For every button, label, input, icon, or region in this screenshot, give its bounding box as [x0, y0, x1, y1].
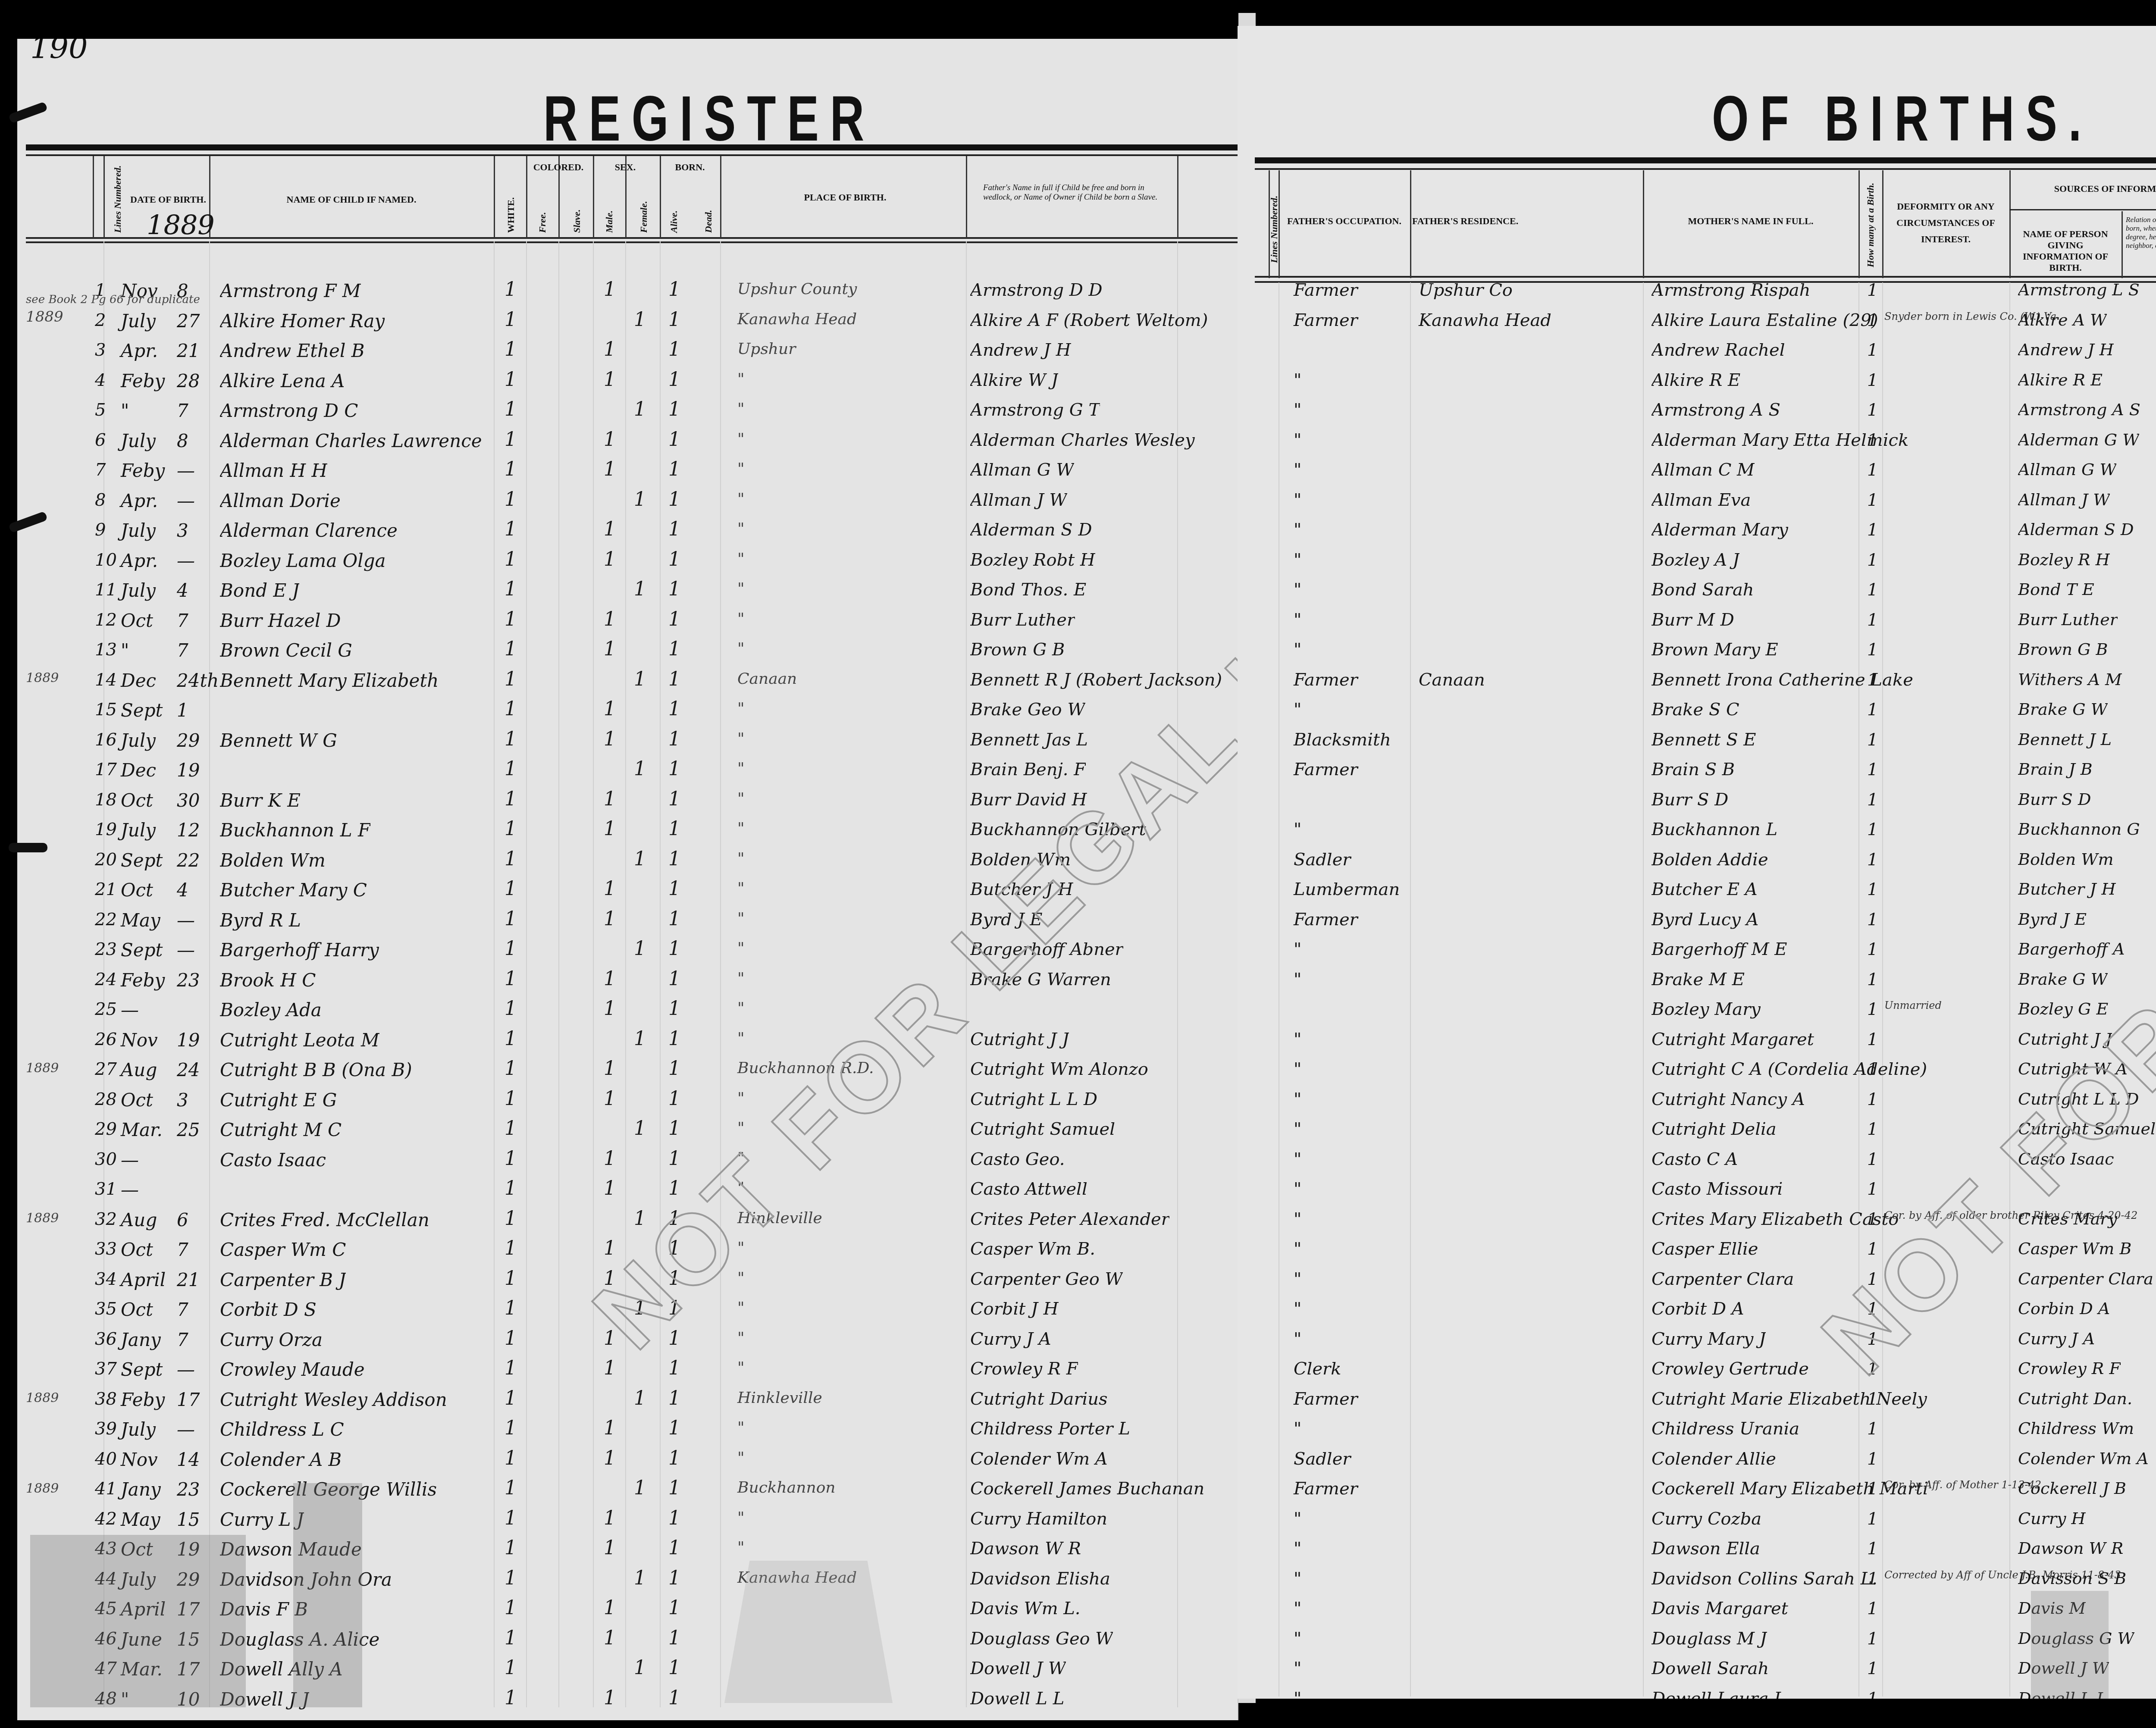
- births-count: 1: [1867, 280, 1878, 300]
- child-name: Curry L J: [220, 1509, 304, 1530]
- births-count: 1: [1867, 1689, 1878, 1699]
- line-number: 29: [95, 1119, 117, 1139]
- mother-name: Armstrong A S: [1651, 400, 1780, 420]
- mother-name: Dowell Laura L: [1651, 1689, 1786, 1699]
- births-count: 1: [1867, 970, 1878, 989]
- child-name: Brown Cecil G: [220, 640, 352, 661]
- sex-mark: 1: [604, 1537, 616, 1559]
- birth-month: Apr.: [121, 550, 158, 571]
- mother-name: Bargerhoff M E: [1651, 939, 1787, 959]
- births-count: 1: [1867, 1479, 1878, 1499]
- birth-month: ": [121, 400, 129, 421]
- informant-name: Andrew J H: [2018, 340, 2114, 359]
- line-number: 8: [95, 490, 106, 510]
- father-name: Davidson Elisha: [970, 1569, 1110, 1589]
- informant-name: Withers A M: [2018, 670, 2122, 689]
- child-name: Brook H C: [220, 970, 316, 991]
- mother-name: Armstrong Rispah: [1651, 280, 1810, 300]
- birth-month: Jany: [121, 1479, 161, 1500]
- births-count: 1: [1867, 550, 1878, 570]
- father-occupation: ": [1294, 1179, 1301, 1199]
- birth-month: Sept: [121, 939, 163, 961]
- father-occupation: ": [1294, 1419, 1301, 1439]
- white-mark: 1: [505, 1327, 517, 1349]
- father-name: Alderman S D: [970, 520, 1092, 540]
- informant-name: Allman J W: [2018, 490, 2110, 509]
- father-residence: Canaan: [1419, 670, 1485, 690]
- mother-name: Butcher E A: [1651, 880, 1758, 899]
- birth-day: 15: [177, 1509, 200, 1530]
- birth-month: May: [121, 1509, 160, 1530]
- white-mark: 1: [505, 1237, 517, 1259]
- births-count: 1: [1867, 730, 1878, 750]
- white-mark: 1: [505, 1058, 517, 1080]
- informant-name: Butcher J H: [2018, 880, 2116, 898]
- birth-day: 29: [177, 730, 200, 751]
- father-name: Andrew J H: [970, 340, 1071, 360]
- line-number: 11: [95, 580, 117, 600]
- informant-name: Allman G W: [2018, 460, 2116, 479]
- margin-year: 1889: [26, 1390, 59, 1406]
- page-tab-marker: [9, 843, 47, 852]
- births-count: 1: [1867, 1419, 1878, 1439]
- white-mark: 1: [505, 548, 517, 570]
- informant-name: Curry H: [2018, 1509, 2086, 1528]
- alive-mark: 1: [668, 398, 680, 420]
- white-mark: 1: [505, 878, 517, 900]
- mother-name: Crites Mary Elizabeth Casto: [1651, 1209, 1899, 1229]
- birth-day: 21: [177, 340, 200, 361]
- birth-day: —: [177, 939, 195, 961]
- father-name: Curry Hamilton: [970, 1509, 1107, 1529]
- child-name: Colender A B: [220, 1449, 342, 1470]
- father-residence: Upshur Co: [1419, 280, 1513, 300]
- sex-mark: 1: [604, 818, 616, 840]
- mother-name: Brake M E: [1651, 970, 1745, 989]
- birth-day: 23: [177, 970, 200, 991]
- line-number: 24: [95, 970, 117, 989]
- place-of-birth: ": [737, 400, 745, 418]
- father-occupation: ": [1294, 490, 1301, 510]
- informant-name: Burr S D: [2018, 790, 2091, 809]
- births-count: 1: [1867, 1149, 1878, 1169]
- year-heading: 1889: [147, 209, 215, 241]
- white-mark: 1: [505, 1657, 517, 1679]
- child-name: Burr Hazel D: [220, 610, 341, 631]
- line-number: 22: [95, 910, 117, 930]
- birth-day: 22: [177, 850, 200, 871]
- births-count: 1: [1867, 700, 1878, 720]
- father-name: Alderman Charles Wesley: [970, 430, 1195, 450]
- alive-mark: 1: [668, 1627, 680, 1649]
- birth-month: Oct: [121, 880, 153, 901]
- place-of-birth: Upshur: [737, 340, 796, 358]
- mother-name: Bennett S E: [1651, 730, 1756, 750]
- mother-name: Curry Mary J: [1651, 1329, 1766, 1349]
- white-mark: 1: [505, 1687, 517, 1709]
- alive-mark: 1: [668, 1417, 680, 1439]
- father-occupation: ": [1294, 1269, 1301, 1289]
- birth-month: Feby: [121, 970, 165, 991]
- mother-name: Bozley A J: [1651, 550, 1739, 570]
- birth-month: Feby: [121, 1389, 165, 1410]
- father-name: Brain Benj. F: [970, 760, 1086, 779]
- informant-name: Childress Wm: [2018, 1419, 2134, 1438]
- alive-mark: 1: [668, 518, 680, 540]
- birth-day: 3: [177, 520, 188, 541]
- father-name: Dowell L L: [970, 1689, 1064, 1709]
- place-of-birth: ": [737, 640, 745, 657]
- left-page-number: 190: [30, 39, 88, 66]
- mother-name: Allman C M: [1651, 460, 1755, 480]
- white-mark: 1: [505, 1118, 517, 1139]
- informant-name: Bargerhoff A: [2018, 939, 2125, 958]
- birth-month: Sept: [121, 700, 163, 721]
- child-name: Bond E J: [220, 580, 299, 601]
- place-of-birth: ": [737, 970, 745, 987]
- mother-name: Crowley Gertrude: [1651, 1359, 1809, 1379]
- mother-name: Davis Margaret: [1651, 1599, 1788, 1618]
- father-name: Casto Attwell: [970, 1179, 1087, 1199]
- birth-day: 7: [177, 640, 188, 661]
- birth-month: Sept: [121, 850, 163, 871]
- child-name: Allman H H: [220, 460, 327, 481]
- sex-mark: 1: [604, 279, 616, 301]
- line-number: 23: [95, 939, 117, 959]
- child-name: Cutright B B (Ona B): [220, 1059, 412, 1080]
- father-occupation: Farmer: [1294, 1389, 1358, 1409]
- white-mark: 1: [505, 1177, 517, 1199]
- birth-day: 7: [177, 610, 188, 631]
- white-mark: 1: [505, 1597, 517, 1619]
- place-of-birth: ": [737, 1539, 745, 1556]
- father-occupation: ": [1294, 520, 1301, 540]
- alive-mark: 1: [668, 1507, 680, 1529]
- header-fathers-occupation: FATHER'S OCCUPATION.: [1281, 216, 1408, 227]
- birth-month: July: [121, 580, 156, 601]
- birth-day: 24th: [177, 670, 219, 691]
- header-white: WHITE.: [505, 190, 517, 233]
- alive-mark: 1: [668, 1148, 680, 1170]
- white-mark: 1: [505, 1477, 517, 1499]
- births-count: 1: [1867, 340, 1878, 360]
- father-name: Curry J A: [970, 1329, 1051, 1349]
- place-of-birth: ": [737, 790, 745, 808]
- sex-mark: 1: [634, 488, 646, 510]
- birth-month: Jany: [121, 1329, 161, 1350]
- father-name: Childress Porter L: [970, 1419, 1130, 1439]
- father-name: Brown G B: [970, 640, 1065, 660]
- margin-note-duplicate: see Book 2 Pg 66 for duplicate: [26, 293, 200, 306]
- child-name: Casper Wm C: [220, 1239, 346, 1260]
- header-female: Female.: [638, 203, 649, 233]
- informant-name: Byrd J E: [2018, 910, 2087, 929]
- white-mark: 1: [505, 1028, 517, 1050]
- child-name: Armstrong F M: [220, 280, 361, 301]
- father-name: Douglass Geo W: [970, 1629, 1113, 1649]
- place-of-birth: ": [737, 460, 745, 478]
- births-count: 1: [1867, 400, 1878, 420]
- header-slave: Slave.: [571, 207, 583, 233]
- father-name: Alkire W J: [970, 370, 1058, 390]
- father-occupation: ": [1294, 1689, 1301, 1699]
- alive-mark: 1: [668, 1567, 680, 1589]
- informant-name: Bozley R H: [2018, 550, 2110, 569]
- sex-mark: 1: [604, 608, 616, 630]
- birth-month: —: [121, 999, 139, 1021]
- sex-mark: 1: [604, 429, 616, 451]
- white-mark: 1: [505, 1357, 517, 1379]
- line-number: 32: [95, 1209, 117, 1229]
- header-fathers-residence: FATHER'S RESIDENCE.: [1412, 216, 1520, 227]
- birth-day: 28: [177, 370, 200, 391]
- header-sources: SOURCES OF INFORMATION.: [2014, 183, 2156, 194]
- place-of-birth: ": [737, 1359, 745, 1377]
- line-number: 10: [95, 550, 117, 570]
- place-of-birth: ": [737, 760, 745, 777]
- births-count: 1: [1867, 1569, 1878, 1589]
- child-name: Bozley Ada: [220, 999, 322, 1021]
- births-count: 1: [1867, 1089, 1878, 1109]
- birth-month: July: [121, 520, 156, 541]
- place-of-birth: ": [737, 520, 745, 538]
- informant-name: Alderman S D: [2018, 520, 2134, 539]
- births-count: 1: [1867, 880, 1878, 899]
- left-page: 190 REGISTER Lines Numbered. DATE OF BIR…: [17, 39, 1238, 1720]
- sex-mark: 1: [604, 728, 616, 750]
- birth-month: April: [121, 1269, 166, 1290]
- line-number: 4: [95, 370, 106, 390]
- birth-day: 7: [177, 1239, 188, 1260]
- father-occupation: ": [1294, 1119, 1301, 1139]
- sex-mark: 1: [604, 1507, 616, 1529]
- births-count: 1: [1867, 910, 1878, 930]
- sex-mark: 1: [604, 518, 616, 540]
- father-occupation: ": [1294, 1089, 1301, 1109]
- line-number: 17: [95, 760, 117, 779]
- alive-mark: 1: [668, 309, 680, 331]
- child-name: Butcher Mary C: [220, 880, 367, 901]
- informant-name: Brake G W: [2018, 970, 2108, 989]
- father-occupation: Farmer: [1294, 310, 1358, 330]
- alive-mark: 1: [668, 1477, 680, 1499]
- mother-name: Casto Missouri: [1651, 1179, 1783, 1199]
- sex-mark: 1: [634, 1118, 646, 1139]
- place-of-birth: Canaan: [737, 670, 797, 688]
- births-count: 1: [1867, 670, 1878, 690]
- father-occupation: ": [1294, 400, 1301, 420]
- father-name: Bond Thos. E: [970, 580, 1086, 600]
- birth-day: —: [177, 1419, 195, 1440]
- birth-day: 19: [177, 760, 200, 781]
- mother-name: Alkire Laura Estaline (29): [1651, 310, 1878, 330]
- header-rule-bottom-2: [26, 241, 1238, 243]
- birth-day: —: [177, 910, 195, 931]
- father-name: Colender Wm A: [970, 1449, 1108, 1469]
- alive-mark: 1: [668, 1028, 680, 1050]
- mother-name: Bozley Mary: [1651, 999, 1761, 1019]
- header-rule-top-thin: [1255, 168, 2156, 170]
- white-mark: 1: [505, 698, 517, 720]
- header-place-of-birth: PLACE OF BIRTH.: [742, 192, 949, 203]
- place-of-birth: ": [737, 490, 745, 508]
- line-number: 9: [95, 520, 106, 540]
- margin-year: 1889: [26, 308, 63, 326]
- alive-mark: 1: [668, 548, 680, 570]
- births-count: 1: [1867, 820, 1878, 839]
- births-count: 1: [1867, 430, 1878, 450]
- birth-day: 23: [177, 1479, 200, 1500]
- birth-month: Nov: [121, 1449, 158, 1470]
- birth-month: Oct: [121, 790, 153, 811]
- line-number: 30: [95, 1149, 117, 1169]
- father-name: Crites Peter Alexander: [970, 1209, 1169, 1229]
- child-name: Bennett Mary Elizabeth: [220, 670, 439, 691]
- birth-day: 19: [177, 1030, 200, 1051]
- informant-name: Curry J A: [2018, 1329, 2095, 1348]
- sex-mark: 1: [604, 1597, 616, 1619]
- mother-name: Davidson Collins Sarah L.: [1651, 1569, 1877, 1589]
- birth-day: 4: [177, 580, 188, 601]
- father-occupation: ": [1294, 640, 1301, 660]
- births-count: 1: [1867, 460, 1878, 480]
- births-count: 1: [1867, 1659, 1878, 1678]
- father-name: Armstrong G T: [970, 400, 1100, 420]
- white-mark: 1: [505, 1507, 517, 1529]
- birth-day: 8: [177, 430, 188, 451]
- place-of-birth: ": [737, 1329, 745, 1347]
- alive-mark: 1: [668, 608, 680, 630]
- white-mark: 1: [505, 1387, 517, 1409]
- mother-name: Alderman Mary: [1651, 520, 1788, 540]
- birth-day: 7: [177, 1329, 188, 1350]
- birth-month: Apr.: [121, 340, 158, 361]
- white-mark: 1: [505, 488, 517, 510]
- child-name: Andrew Ethel B: [220, 340, 365, 361]
- line-number: 14: [95, 670, 117, 690]
- child-name: Alderman Charles Lawrence: [220, 430, 482, 451]
- sex-mark: 1: [634, 578, 646, 600]
- right-page: OF BIRTHS. 191 Lines Numbered. FATHER'S …: [1238, 26, 2156, 1699]
- births-count: 1: [1867, 760, 1878, 779]
- alive-mark: 1: [668, 1447, 680, 1469]
- header-rule-bottom: [1255, 276, 2156, 278]
- birth-month: Aug: [121, 1059, 157, 1080]
- mother-name: Cutright Marie Elizabeth Neely: [1651, 1389, 1927, 1409]
- father-occupation: Farmer: [1294, 760, 1358, 779]
- child-name: Cutright Leota M: [220, 1030, 379, 1051]
- birth-month: May: [121, 910, 160, 931]
- father-occupation: Farmer: [1294, 910, 1358, 930]
- birth-month: —: [121, 1179, 139, 1200]
- births-count: 1: [1867, 610, 1878, 630]
- birth-day: 25: [177, 1119, 200, 1140]
- father-occupation: ": [1294, 460, 1301, 480]
- alive-mark: 1: [668, 429, 680, 451]
- father-name: Bennett Jas L: [970, 730, 1088, 750]
- child-name: Childress L C: [220, 1419, 344, 1440]
- child-name: Casto Isaac: [220, 1149, 326, 1171]
- alive-mark: 1: [668, 458, 680, 480]
- mother-name: Buckhannon L: [1651, 820, 1777, 839]
- births-count: 1: [1867, 1509, 1878, 1529]
- father-occupation: Farmer: [1294, 1479, 1358, 1499]
- father-occupation: ": [1294, 1149, 1301, 1169]
- births-count: 1: [1867, 520, 1878, 540]
- line-number: 41: [95, 1479, 117, 1499]
- white-mark: 1: [505, 1627, 517, 1649]
- father-residence: Kanawha Head: [1419, 310, 1551, 330]
- informant-name: Armstrong L S: [2018, 280, 2140, 299]
- line-number: 5: [95, 400, 106, 420]
- alive-mark: 1: [668, 728, 680, 750]
- white-mark: 1: [505, 1148, 517, 1170]
- informant-name: Alkire A W: [2018, 310, 2107, 329]
- birth-month: July: [121, 1419, 156, 1440]
- mother-name: Burr S D: [1651, 790, 1728, 810]
- birth-month: Oct: [121, 1089, 153, 1111]
- birth-day: 7: [177, 1299, 188, 1320]
- white-mark: 1: [505, 818, 517, 840]
- child-name: Cutright M C: [220, 1119, 342, 1140]
- sex-mark: 1: [634, 668, 646, 690]
- father-name: Crowley R F: [970, 1359, 1078, 1379]
- place-of-birth: Kanawha Head: [737, 310, 857, 328]
- title-of-births: OF BIRTHS.: [1712, 82, 2093, 156]
- sex-mark: 1: [604, 338, 616, 360]
- white-mark: 1: [505, 758, 517, 780]
- birth-day: 3: [177, 1089, 188, 1111]
- sex-mark: 1: [604, 1417, 616, 1439]
- informant-name: Brown G B: [2018, 640, 2108, 659]
- line-number: 7: [95, 460, 106, 480]
- sex-mark: 1: [634, 309, 646, 331]
- white-mark: 1: [505, 638, 517, 660]
- alive-mark: 1: [668, 1118, 680, 1139]
- father-name: Alkire A F (Robert Weltom): [970, 310, 1208, 330]
- sex-mark: 1: [604, 1148, 616, 1170]
- white-mark: 1: [505, 1088, 517, 1110]
- birth-month: Sept: [121, 1359, 163, 1380]
- header-fathers-name: Father's Name in full if Child be free a…: [983, 183, 1164, 202]
- child-name: Curry Orza: [220, 1329, 323, 1350]
- birth-day: 21: [177, 1269, 200, 1290]
- paper-stain: [30, 1535, 246, 1707]
- sex-mark: 1: [634, 758, 646, 780]
- father-occupation: ": [1294, 610, 1301, 630]
- place-of-birth: ": [737, 820, 745, 837]
- watermark-right: NOT FOR LEGAL USE: [1800, 529, 2156, 1396]
- margin-year: 1889: [26, 1061, 59, 1076]
- sex-mark: 1: [604, 458, 616, 480]
- father-name: Cutright L L D: [970, 1089, 1097, 1109]
- child-name: Alkire Homer Ray: [220, 310, 385, 332]
- alive-mark: 1: [668, 908, 680, 930]
- birth-month: Oct: [121, 610, 153, 631]
- alive-mark: 1: [668, 1657, 680, 1679]
- sex-mark: 1: [604, 998, 616, 1020]
- informant-name: Colender Wm A: [2018, 1449, 2149, 1468]
- father-name: Davis Wm L.: [970, 1599, 1081, 1618]
- alive-mark: 1: [668, 338, 680, 360]
- father-occupation: ": [1294, 1659, 1301, 1678]
- births-count: 1: [1867, 790, 1878, 810]
- informant-name: Bozley G E: [2018, 999, 2108, 1018]
- births-count: 1: [1867, 370, 1878, 390]
- line-number: 33: [95, 1239, 117, 1259]
- father-occupation: ": [1294, 1569, 1301, 1589]
- header-deformity: DEFORMITY OR ANY CIRCUMSTANCES OF INTERE…: [1884, 198, 2007, 247]
